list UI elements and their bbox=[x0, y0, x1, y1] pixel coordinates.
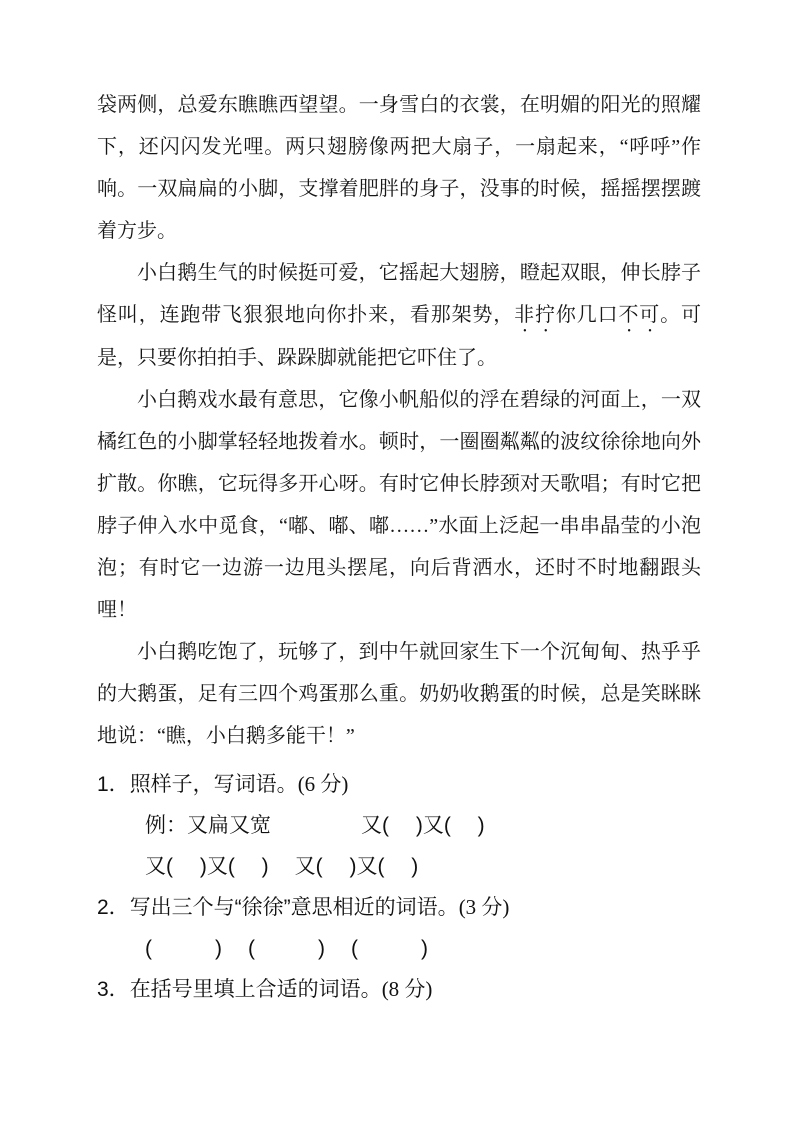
passage-text: 小白鹅吃饱了，玩够了，到中午就回家生下一个沉甸甸、热乎乎的大鹅蛋，足有三四个鸡蛋… bbox=[97, 641, 701, 747]
question-2-heading: 2．写出三个与“徐徐”意思相近的词语。(3 分) bbox=[97, 887, 701, 928]
answer-blank: 又( )又( ) bbox=[145, 846, 269, 887]
emphasized-text: 不可 bbox=[618, 304, 660, 326]
answer-line: 例：又扁又宽又( )又( ) bbox=[97, 805, 701, 846]
passage-paragraph: 小白鹅戏水最有意思，它像小帆船似的浮在碧绿的河面上，一双橘红色的小脚掌轻轻地拨着… bbox=[97, 379, 701, 631]
passage-paragraph: 小白鹅生气的时候挺可爱，它摇起大翅膀，瞪起双眼，伸长脖子怪叫，连跑带飞狠狠地向你… bbox=[97, 252, 701, 379]
question-3: 3．在括号里填上合适的词语。(8 分) bbox=[97, 969, 701, 1010]
answer-line: 又( )又( )又( )又( ) bbox=[97, 846, 701, 887]
question-number: 2． bbox=[97, 896, 130, 919]
answer-blank: ( ) bbox=[351, 928, 428, 969]
passage-text: 小白鹅戏水最有意思，它像小帆船似的浮在碧绿的河面上，一双橘红色的小脚掌轻轻地拨着… bbox=[97, 389, 701, 621]
question-number: 3． bbox=[97, 978, 130, 1001]
passage-text: 袋两侧，总爱东瞧瞧西望望。一身雪白的衣裳，在明媚的阳光的照耀下，还闪闪发光哩。两… bbox=[97, 94, 701, 242]
questions: 1．照样子，写词语。(6 分)例：又扁又宽又( )又( )又( )又( )又( … bbox=[97, 764, 701, 1010]
question-number: 1． bbox=[97, 773, 130, 796]
answer-blank: 又( )又( ) bbox=[295, 846, 419, 887]
question-1-heading: 1．照样子，写词语。(6 分) bbox=[97, 764, 701, 805]
answer-blank: ( ) bbox=[248, 928, 325, 969]
emphasized-text: 非拧 bbox=[514, 304, 556, 326]
passage-paragraph: 小白鹅吃饱了，玩够了，到中午就回家生下一个沉甸甸、热乎乎的大鹅蛋，足有三四个鸡蛋… bbox=[97, 631, 701, 757]
question-2: 2．写出三个与“徐徐”意思相近的词语。(3 分)( )( )( ) bbox=[97, 887, 701, 969]
passage-paragraph: 袋两侧，总爱东瞧瞧西望望。一身雪白的衣裳，在明媚的阳光的照耀下，还闪闪发光哩。两… bbox=[97, 84, 701, 252]
question-score: (8 分) bbox=[382, 977, 433, 1001]
question-3-heading: 3．在括号里填上合适的词语。(8 分) bbox=[97, 969, 701, 1010]
question-text: 照样子，写词语。 bbox=[130, 773, 298, 796]
worksheet-page: 袋两侧，总爱东瞧瞧西望望。一身雪白的衣裳，在明媚的阳光的照耀下，还闪闪发光哩。两… bbox=[0, 0, 793, 1122]
question-score: (6 分) bbox=[298, 772, 349, 796]
answer-line: ( )( )( ) bbox=[97, 928, 701, 969]
passage-text: 你几口 bbox=[556, 304, 619, 326]
question-1: 1．照样子，写词语。(6 分)例：又扁又宽又( )又( )又( )又( )又( … bbox=[97, 764, 701, 887]
question-text: 在括号里填上合适的词语。 bbox=[130, 978, 382, 1001]
question-score: (3 分) bbox=[459, 895, 510, 919]
example-text: 例：又扁又宽 bbox=[145, 805, 335, 846]
answer-blank: ( ) bbox=[145, 928, 222, 969]
page-content: 袋两侧，总爱东瞧瞧西望望。一身雪白的衣裳，在明媚的阳光的照耀下，还闪闪发光哩。两… bbox=[97, 84, 701, 1010]
question-text: 写出三个与“徐徐”意思相近的词语。 bbox=[130, 896, 459, 919]
passage: 袋两侧，总爱东瞧瞧西望望。一身雪白的衣裳，在明媚的阳光的照耀下，还闪闪发光哩。两… bbox=[97, 84, 701, 757]
answer-blank: 又( )又( ) bbox=[361, 805, 485, 846]
